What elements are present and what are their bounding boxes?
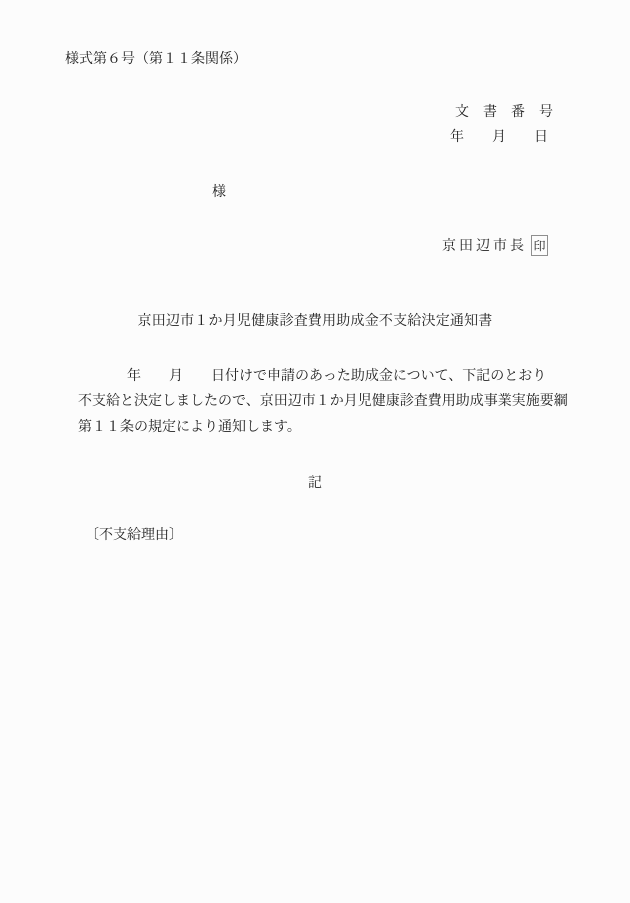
body-line: 年 月 日付けで申請のあった助成金について、下記のとおり — [78, 369, 546, 383]
addressee-suffix: 様 — [212, 185, 226, 199]
reason-heading: 〔不支給理由〕 — [85, 528, 183, 542]
body-line: 第１１条の規定により通知します。 — [78, 420, 301, 434]
form-number: 様式第６号（第１１条関係） — [65, 52, 247, 66]
date-line: 年 月 日 — [450, 130, 548, 144]
body-line: 不支給と決定しましたので、京田辺市１か月児健康診査費用助成事業実施要綱 — [78, 394, 568, 408]
doc-number-label: 文 書 番 号 — [455, 105, 553, 119]
seal-label: 印 — [533, 240, 545, 252]
seal-box: 印 — [531, 235, 548, 256]
sender-title: 京田辺市長 — [442, 239, 527, 253]
document-title: 京田辺市１か月児健康診査費用助成金不支給決定通知書 — [0, 314, 630, 328]
document-page: 様式第６号（第１１条関係） 文 書 番 号 年 月 日 様 京田辺市長 印 京田… — [0, 0, 630, 903]
record-marker: 記 — [0, 476, 630, 490]
